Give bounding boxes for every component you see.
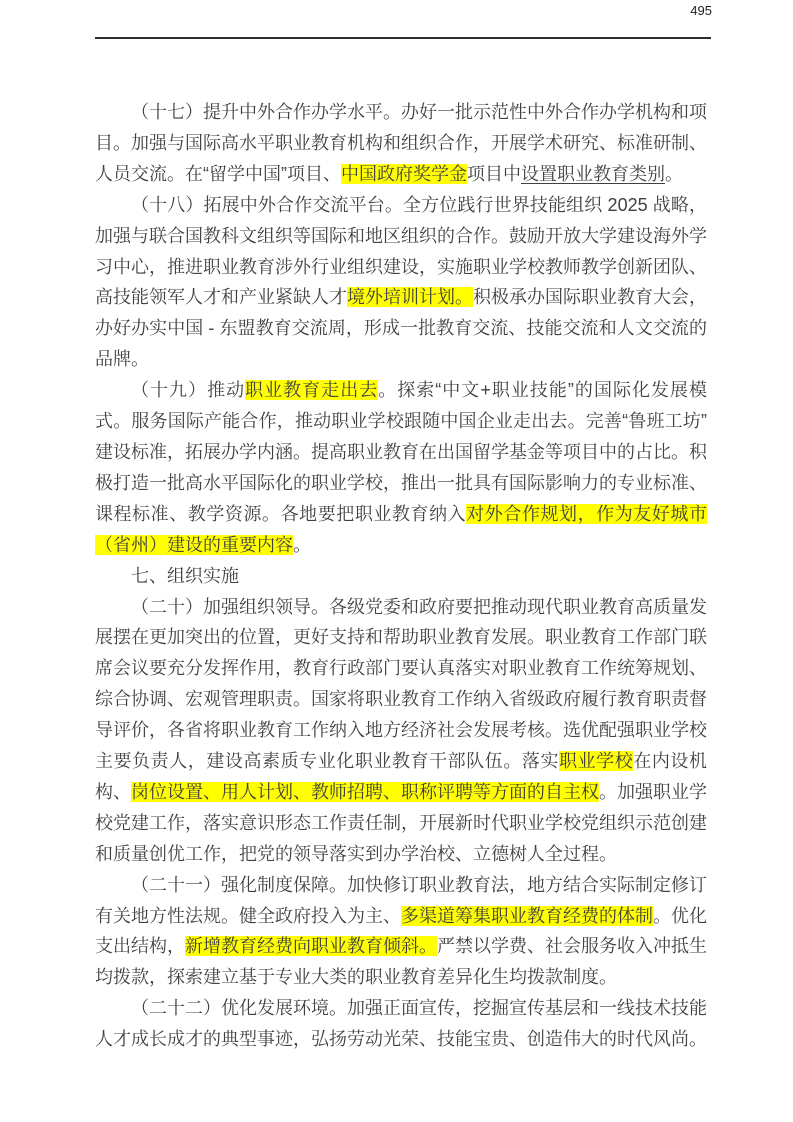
- highlighted-text: 中国政府奖学金: [341, 164, 467, 184]
- text-segment: （二十二）优化发展环境。加强正面宣传，挖掘宣传基层和一线技术技能人才成长成才的典…: [95, 998, 707, 1049]
- para-20: （二十）加强组织领导。各级党委和政府要把推动现代职业教育高质量发展摆在更加突出的…: [95, 592, 707, 870]
- para-19: （十九）推动职业教育走出去。探索“中文+职业技能”的国际化发展模式。服务国际产能…: [95, 375, 707, 560]
- underlined-text: 设置职业教育类别: [521, 164, 665, 184]
- highlighted-text: 境外培训计划。: [347, 287, 473, 307]
- highlighted-text: 职业教育走出去: [245, 380, 378, 400]
- highlighted-text: 多渠道筹集职业教育经费的体制: [401, 906, 653, 926]
- document-page: 495 （十七）提升中外合作办学水平。办好一批示范性中外合作办学机构和项目。加强…: [0, 0, 793, 1122]
- heading-section-7: 七、组织实施: [95, 561, 707, 592]
- highlighted-text: 新增教育经费向职业教育倾斜。: [185, 936, 437, 956]
- document-body: （十七）提升中外合作办学水平。办好一批示范性中外合作办学机构和项目。加强与国际高…: [95, 97, 707, 1055]
- text-segment: 七、组织实施: [131, 566, 239, 586]
- text-segment: （十九）推动: [131, 380, 245, 400]
- para-21: （二十一）强化制度保障。加快修订职业教育法，地方结合实际制定修订有关地方性法规。…: [95, 870, 707, 994]
- text-segment: 。探索“中文+职业技能”的国际化发展模式。服务国际产能合作，推动职业学校跟随中国…: [95, 380, 707, 524]
- highlighted-text: 岗位设置、用人计划、教师招聘、职称评聘等方面的自主权: [131, 782, 599, 802]
- text-segment: 。: [665, 164, 683, 184]
- text-segment: 。: [293, 535, 311, 555]
- highlighted-text: 职业学校: [559, 751, 633, 771]
- para-17: （十七）提升中外合作办学水平。办好一批示范性中外合作办学机构和项目。加强与国际高…: [95, 97, 707, 190]
- para-18: （十八）拓展中外合作交流平台。全方位践行世界技能组织 2025 战略，加强与联合…: [95, 190, 707, 375]
- text-segment: 项目中: [467, 164, 521, 184]
- header-rule: [95, 37, 711, 39]
- text-segment: （二十）加强组织领导。各级党委和政府要把推动现代职业教育高质量发展摆在更加突出的…: [95, 597, 707, 772]
- page-number: 495: [690, 3, 712, 18]
- para-22: （二十二）优化发展环境。加强正面宣传，挖掘宣传基层和一线技术技能人才成长成才的典…: [95, 993, 707, 1055]
